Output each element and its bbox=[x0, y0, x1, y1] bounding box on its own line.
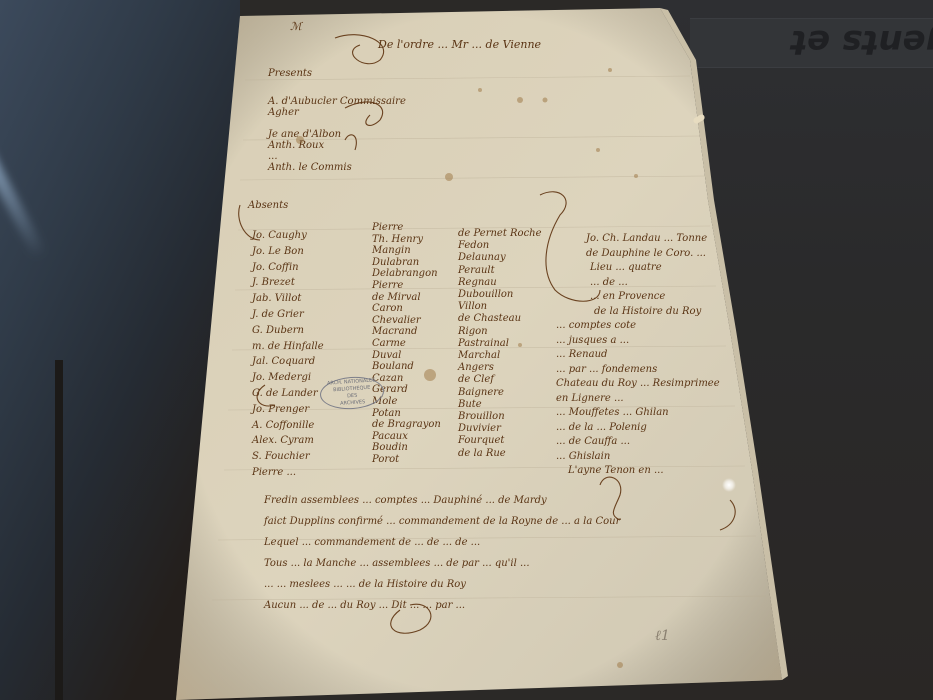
note-line: Lieu ... quatre bbox=[556, 261, 720, 276]
note-line: ... de Cauffa ... bbox=[556, 435, 720, 450]
list-item: Fedon bbox=[458, 240, 542, 252]
list-item: Bouland bbox=[372, 361, 441, 373]
names-column-1: Jo. Caughy Jo. Le Bon Jo. Coffin J. Brez… bbox=[252, 228, 324, 481]
list-item: Anth. le Commis bbox=[268, 162, 406, 173]
note-line: ... comptes cote bbox=[556, 319, 720, 334]
list-item: Baignere bbox=[458, 387, 542, 399]
note-line: ... Ghislain bbox=[556, 450, 720, 465]
list-item: Bute bbox=[458, 399, 542, 411]
note-line: ... en Provence bbox=[556, 290, 720, 305]
list-item: Pacaux bbox=[372, 431, 441, 443]
right-marginal-note: Jo. Ch. Landau ... Tonne de Dauphine le … bbox=[556, 232, 720, 479]
list-item: Agher bbox=[268, 107, 406, 118]
closing-paragraph: Fredin assemblees ... comptes ... Dauphi… bbox=[264, 490, 744, 616]
list-item: Anth. Roux bbox=[268, 140, 406, 151]
list-item: de Mirval bbox=[372, 292, 441, 304]
photo-scene: gents et bbox=[0, 0, 933, 700]
list-item: Chevalier bbox=[372, 315, 441, 327]
paragraph-line: Fredin assemblees ... comptes ... Dauphi… bbox=[264, 490, 744, 511]
names-column-3: de Pernet Roche Fedon Delaunay Perault R… bbox=[458, 228, 542, 460]
list-item: Macrand bbox=[372, 326, 441, 338]
paragraph-line: Tous ... la Manche ... assemblees ... de… bbox=[264, 553, 744, 574]
note-line: ... Mouffetes ... Ghilan bbox=[556, 406, 720, 421]
list-item: Duvivier bbox=[458, 423, 542, 435]
note-line: ... de la ... Polenig bbox=[556, 421, 720, 436]
list-item: G. de Lander bbox=[252, 386, 324, 402]
list-item: Fourquet bbox=[458, 435, 542, 447]
note-line: Chateau du Roy ... Resimprimee bbox=[556, 377, 720, 392]
paragraph-line: Aucun ... de ... du Roy ... Dit ... ... … bbox=[264, 595, 744, 616]
note-line: L'ayne Tenon en ... bbox=[556, 464, 720, 479]
list-item: Boudin bbox=[372, 442, 441, 454]
list-item: Carme bbox=[372, 338, 441, 350]
list-item: Alex. Cyram bbox=[252, 433, 324, 449]
light-reflection-glint bbox=[722, 478, 736, 492]
list-item: Brouillon bbox=[458, 411, 542, 423]
presents-list: A. d'Aubucler Commissaire Agher Je ane d… bbox=[268, 96, 406, 173]
list-item: Caron bbox=[372, 303, 441, 315]
paragraph-line: Lequel ... commandement de ... de ... de… bbox=[264, 532, 744, 553]
paragraph-line: faict Dupplins confirmé ... commandement… bbox=[264, 511, 744, 532]
list-item: Pierre bbox=[372, 222, 441, 234]
list-item: S. Fouchier bbox=[252, 449, 324, 465]
list-item: G. Dubern bbox=[252, 323, 324, 339]
list-item: Delaunay bbox=[458, 252, 542, 264]
list-item: Je ane d'Albon bbox=[268, 129, 406, 140]
top-left-mark: ℳ bbox=[290, 20, 302, 33]
list-item: Angers bbox=[458, 362, 542, 374]
list-item: de Pernet Roche bbox=[458, 228, 542, 240]
list-item: Pastrainal bbox=[458, 338, 542, 350]
list-item: Jo. Coffin bbox=[252, 260, 324, 276]
note-line: ... jusques a ... bbox=[556, 334, 720, 349]
list-item: Pierre bbox=[372, 280, 441, 292]
list-item: de Bragrayon bbox=[372, 419, 441, 431]
note-line: de Dauphine le Coro. ... bbox=[556, 247, 720, 262]
manuscript-page: ℳ De l'ordre ... Mr ... de Vienne Presen… bbox=[0, 0, 933, 700]
list-item: Jal. Coquard bbox=[252, 354, 324, 370]
names-column-2: Pierre Th. Henry Mangin Dulabran Delabra… bbox=[372, 222, 441, 465]
list-item: Th. Henry bbox=[372, 234, 441, 246]
list-item: ... bbox=[268, 151, 406, 162]
list-item: A. d'Aubucler Commissaire bbox=[268, 96, 406, 107]
list-item: Regnau bbox=[458, 277, 542, 289]
list-item: A. Coffonille bbox=[252, 418, 324, 434]
note-line: ... Renaud bbox=[556, 348, 720, 363]
list-item: de Clef bbox=[458, 374, 542, 386]
list-item: Jo. Prenger bbox=[252, 402, 324, 418]
note-line: ... par ... fondemens bbox=[556, 363, 720, 378]
note-line: en Lignere ... bbox=[556, 392, 720, 407]
list-item: Potan bbox=[372, 408, 441, 420]
list-item: Jo. Le Bon bbox=[252, 244, 324, 260]
list-item: Villon bbox=[458, 301, 542, 313]
list-item: Marchal bbox=[458, 350, 542, 362]
list-item: de la Rue bbox=[458, 448, 542, 460]
list-item bbox=[268, 118, 406, 129]
page-heading: De l'ordre ... Mr ... de Vienne bbox=[378, 38, 541, 51]
list-item: Pierre ... bbox=[252, 465, 324, 481]
list-item: Porot bbox=[372, 454, 441, 466]
list-item: Dulabran bbox=[372, 257, 441, 269]
list-item: Dubouillon bbox=[458, 289, 542, 301]
section-presents-label: Presents bbox=[268, 68, 312, 79]
list-item: J. Brezet bbox=[252, 275, 324, 291]
note-line: Jo. Ch. Landau ... Tonne bbox=[556, 232, 720, 247]
note-line: ... de ... bbox=[556, 276, 720, 291]
list-item: m. de Hinfalle bbox=[252, 339, 324, 355]
list-item: J. de Grier bbox=[252, 307, 324, 323]
list-item: de Chasteau bbox=[458, 313, 542, 325]
list-item: Mangin bbox=[372, 245, 441, 257]
note-line: de la Histoire du Roy bbox=[556, 305, 720, 320]
list-item: Duval bbox=[372, 350, 441, 362]
list-item: Perault bbox=[458, 265, 542, 277]
list-item: Jo. Medergi bbox=[252, 370, 324, 386]
section-absents-label: Absents bbox=[248, 200, 288, 211]
list-item: Rigon bbox=[458, 326, 542, 338]
list-item: Jo. Caughy bbox=[252, 228, 324, 244]
bottom-right-mark: ℓ1 bbox=[655, 628, 670, 645]
list-item: Delabrangon bbox=[372, 268, 441, 280]
list-item: Jab. Villot bbox=[252, 291, 324, 307]
paragraph-line: ... ... meslees ... ... de la Histoire d… bbox=[264, 574, 744, 595]
